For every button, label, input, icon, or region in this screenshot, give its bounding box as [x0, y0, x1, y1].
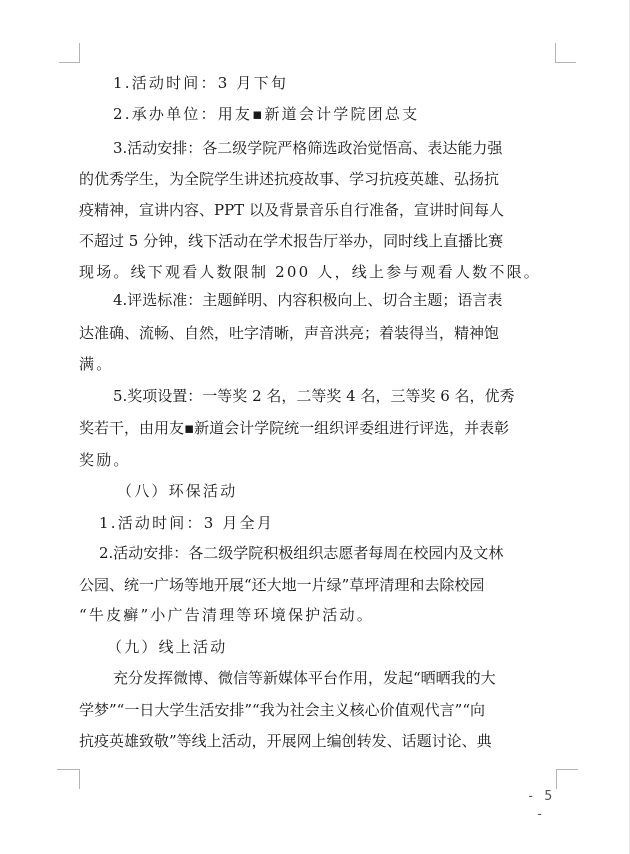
text-line: 不超过 5 分钟，线下活动在学术报告厅举办，同时线上直播比赛	[79, 231, 553, 251]
text-line: 充分发挥微博、微信等新媒体平台作用，发起“晒晒我的大	[113, 668, 553, 688]
corner-mark-bottom-left-h	[57, 769, 79, 770]
text-line: 疫精神，宣讲内容、PPT 以及背景音乐自行准备，宣讲时间每人	[79, 200, 553, 220]
text-line: 1.活动时间：3 月全月	[99, 513, 553, 533]
text-line: 奖若干，由用友▪新道会计学院统一组织评委组进行评选，并表彰	[79, 418, 553, 438]
text-line: （八）环保活动	[117, 481, 553, 501]
text-line: 2.活动安排：各二级学院积极组织志愿者每周在校园内及文林	[99, 543, 553, 563]
text-line: 奖励。	[79, 450, 553, 470]
text-line: 1.活动时间：3 月下旬	[113, 73, 553, 93]
text-line: 5.奖项设置：一等奖 2 名，二等奖 4 名，三等奖 6 名，优秀	[113, 386, 553, 406]
document-page: 1.活动时间：3 月下旬2.承办单位：用友▪新道会计学院团总支3.活动安排：各二…	[0, 0, 630, 854]
text-line: 学梦”“一日大学生活安排”“我为社会主义核心价值观代言”“向	[79, 700, 553, 720]
text-line: 满。	[79, 354, 553, 374]
corner-mark-top-right-v	[555, 43, 556, 63]
text-line: “牛皮癣”小广告清理等环境保护活动。	[79, 605, 553, 625]
text-line: 抗疫英雄致敬”等线上活动，开展网上编创转发、话题讨论、典	[79, 731, 553, 751]
text-line: 现场。线下观看人数限制 200 人，线上参与观看人数不限。	[79, 262, 553, 282]
corner-mark-bottom-right-h	[556, 769, 578, 770]
corner-mark-top-right-h	[555, 62, 576, 63]
corner-mark-bottom-left-v	[79, 769, 80, 789]
text-line: 的优秀学生，为全院学生讲述抗疫故事、学习抗疫英雄、弘扬抗	[79, 169, 553, 189]
text-line: 公园、统一广场等地开展“还大地一片绿”草坪清理和去除校园	[79, 575, 553, 595]
text-line: 2.承办单位：用友▪新道会计学院团总支	[113, 104, 553, 124]
page-number: - 5 -	[520, 788, 560, 806]
text-line: 达准确、流畅、自然，吐字清晰，声音洪亮；着装得当，精神饱	[79, 323, 553, 343]
corner-mark-top-left-h	[59, 62, 80, 63]
corner-mark-top-left-v	[79, 43, 80, 63]
text-line: 3.活动安排：各二级学院严格筛选政治觉悟高、表达能力强	[113, 138, 553, 158]
corner-mark-bottom-right-v	[556, 769, 557, 789]
text-line: （九）线上活动	[107, 637, 553, 657]
text-line: 4.评选标准：主题鲜明、内容积极向上、切合主题；语言表	[113, 290, 553, 310]
